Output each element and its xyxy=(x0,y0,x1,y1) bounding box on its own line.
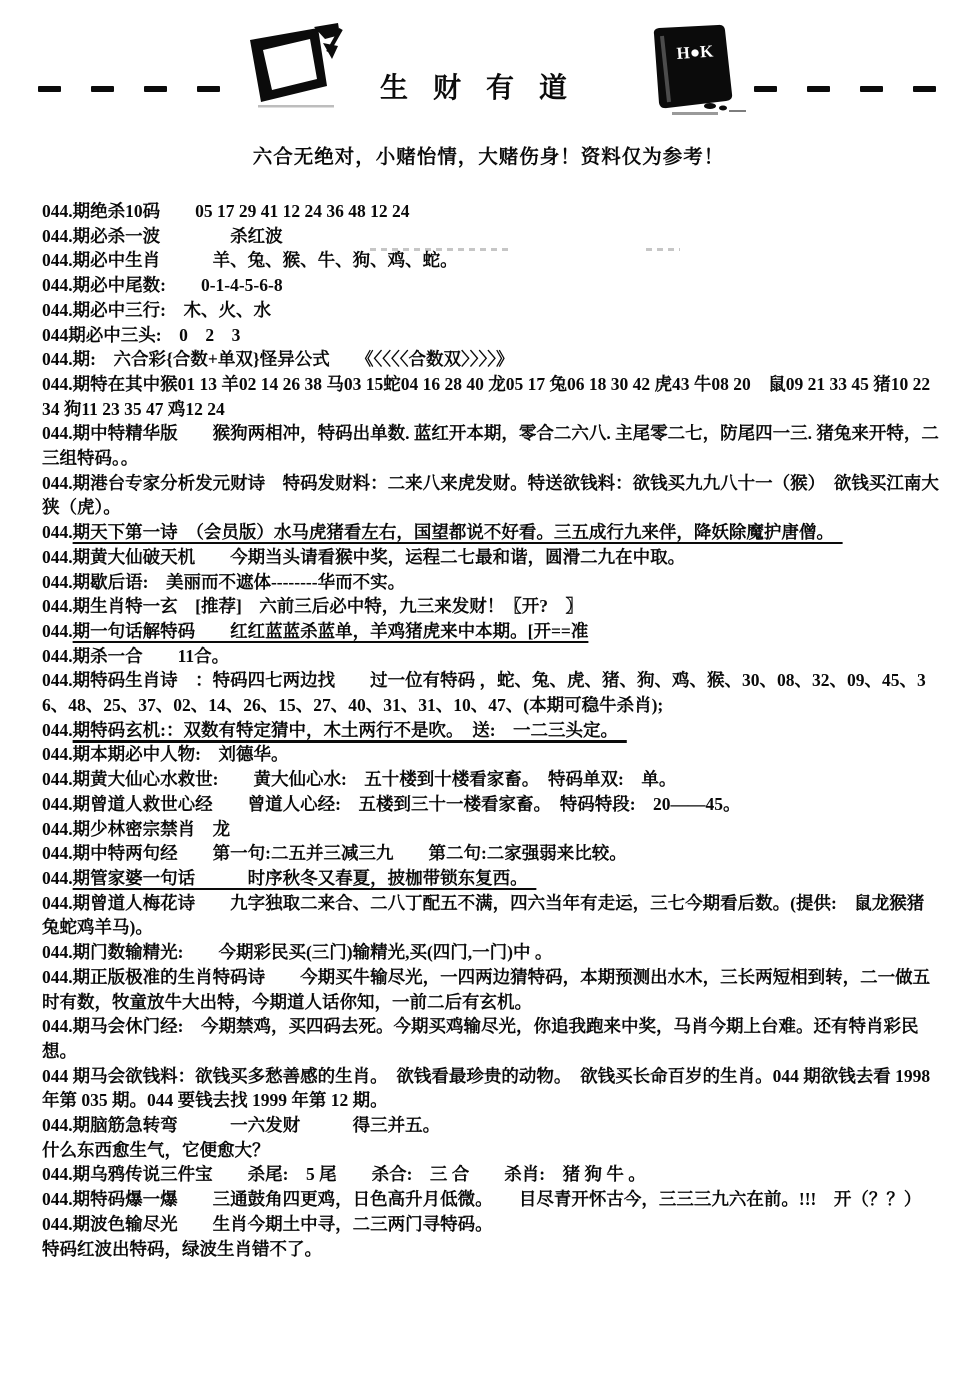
tip-line-text: 044.期脑筋急转弯 一六发财 得三并五。 xyxy=(42,1115,440,1135)
tip-line-text: 044.期: 六合彩{合数+单双}怪异公式 《〈〈〈〈合数双〉〉〉〉》 xyxy=(42,349,513,369)
tip-line-text: 期管家婆一句话 时序秋冬又春夏，披枷带锁东复西。 xyxy=(73,868,537,888)
tip-line-text: 044.期生肖特一玄 [推荐] 六前三后必中特，九三来发财！〖开? 〗 xyxy=(42,596,583,616)
tip-line: 044.期黄大仙心水救世: 黄大仙心水: 五十楼到十楼看家畜。 特码单双: 单。 xyxy=(42,767,941,792)
dash xyxy=(197,86,220,92)
dash xyxy=(144,86,167,92)
tip-line: 044.期生肖特一玄 [推荐] 六前三后必中特，九三来发财！〖开? 〗 xyxy=(42,594,941,619)
tip-line: 044.期管家婆一句话 时序秋冬又春夏，披枷带锁东复西。 xyxy=(42,866,941,891)
tip-line: 044.期绝杀10码 05 17 29 41 12 24 36 48 12 24 xyxy=(42,199,941,224)
tip-line: 044.期中特精华版 猴狗两相冲，特码出单数. 蓝红开本期，零合二六八. 主尾零… xyxy=(42,421,941,470)
tip-line: 什么东西愈生气，它便愈大？ xyxy=(42,1138,941,1163)
tip-line: 044.期特码玄机:：双数有特定猜中，木土两行不是吹。 送: 一二三头定。 xyxy=(42,718,941,743)
tip-line-text: 期一句话解特码 红红蓝蓝杀蓝单，羊鸡猪虎来中本期。[开==准 xyxy=(73,621,589,641)
tip-line-prefix: 044. xyxy=(42,621,73,641)
tip-line-text: 044.期中特精华版 猴狗两相冲，特码出单数. 蓝红开本期，零合二六八. 主尾零… xyxy=(42,423,939,468)
tip-line: 044.期本期必中人物: 刘德华。 xyxy=(42,742,941,767)
tip-line-text: 044.期绝杀10码 05 17 29 41 12 24 36 48 12 24 xyxy=(42,201,410,221)
scan-artifact xyxy=(370,248,512,251)
tip-line-text: 044期必中三头: 0 2 3 xyxy=(42,325,240,345)
tip-line: 044 期马会欲钱料：欲钱买多愁善感的生肖。 欲钱看最珍贵的动物。 欲钱买长命百… xyxy=(42,1064,941,1113)
tip-line: 044.期中特两句经 第一句:二五并三减三九 第二句:二家强弱来比较。 xyxy=(42,841,941,866)
board-arrow-icon xyxy=(228,22,348,118)
tip-line-prefix: 044. xyxy=(42,720,73,740)
tip-line: 044.期波色输尽光 生肖今期土中寻，二三两门寻特码。 xyxy=(42,1212,941,1237)
hk-book-icon: H●K xyxy=(630,24,748,118)
tip-line-text: 044.期本期必中人物: 刘德华。 xyxy=(42,744,288,764)
tip-line: 044.期必中尾数: 0-1-4-5-6-8 xyxy=(42,273,941,298)
tip-line: 044.期杀一合 11合。 xyxy=(42,644,941,669)
tip-line-text: 期天下第一诗 （会员版）水马虎猪看左右，国望都说不好看。三五成行九来伴，降妖除魔… xyxy=(73,522,843,542)
tip-line-text: 044.期杀一合 11合。 xyxy=(42,646,229,666)
page-title: 生 财 有 道 xyxy=(380,66,576,106)
tip-line: 044.期正版极准的生肖特码诗 今期买牛输尽光，一四两边猜特码，本期预测出水木，… xyxy=(42,965,941,1014)
dash xyxy=(38,86,61,92)
tips-list: 044.期绝杀10码 05 17 29 41 12 24 36 48 12 24… xyxy=(42,199,941,1261)
tip-line: 044.期必中生肖 羊、兔、猴、牛、狗、鸡、蛇。 xyxy=(42,248,941,273)
dash xyxy=(807,86,830,92)
tip-line: 044.期门数输精光: 今期彩民买(三门)输精光,买(四门,一门)中 。 xyxy=(42,940,941,965)
tip-line-text: 044.期必中三行: 木、火、水 xyxy=(42,300,271,320)
tip-line: 044.期歇后语: 美丽而不遮体--------华而不实。 xyxy=(42,570,941,595)
tip-line-text: 044.期必中生肖 羊、兔、猴、牛、狗、鸡、蛇。 xyxy=(42,250,458,270)
tip-line-text: 044.期特码爆一爆 三通鼓角四更鸡，日色高升月低微。 目尽青开怀古今，三三三九… xyxy=(42,1189,921,1209)
dash xyxy=(91,86,114,92)
tip-line: 044.期必中三行: 木、火、水 xyxy=(42,298,941,323)
masthead: 生 财 有 道 H●K xyxy=(0,0,977,135)
tip-line: 044期必中三头: 0 2 3 xyxy=(42,323,941,348)
tip-line: 044.期特码生肖诗 ：特码四七两边找 过一位有特码 ，蛇、兔、虎、猪、狗、鸡、… xyxy=(42,668,941,717)
book-cover-label: H●K xyxy=(676,41,715,63)
tip-line: 044.期特在其中猴01 13 羊02 14 26 38 马03 15蛇04 1… xyxy=(42,372,941,421)
tip-line-text: 044.期门数输精光: 今期彩民买(三门)输精光,买(四门,一门)中 。 xyxy=(42,942,552,962)
tip-line-text: 044.期必中尾数: 0-1-4-5-6-8 xyxy=(42,275,283,295)
tip-line-text: 044.期港台专家分析发元财诗 特码发财料：二来八来虎发财。特送欲钱料：欲钱买九… xyxy=(42,473,939,518)
dash xyxy=(860,86,883,92)
tip-line: 044.期必杀一波 杀红波 xyxy=(42,224,941,249)
tip-line: 044.期黄大仙破天机 今期当头请看猴中奖，运程二七最和谐，圆滑二九在中取。 xyxy=(42,545,941,570)
tip-line-text: 044.期必杀一波 杀红波 xyxy=(42,226,283,246)
tip-sheet-page: 生 财 有 道 H●K 六合无绝对，小赌怡情，大赌伤身！资料仅为参考！ 044.… xyxy=(0,0,977,1388)
tip-line: 044.期少林密宗禁肖 龙 xyxy=(42,817,941,842)
tip-line-text: 044.期中特两句经 第一句:二五并三减三九 第二句:二家强弱来比较。 xyxy=(42,843,627,863)
tip-line: 044.期: 六合彩{合数+单双}怪异公式 《〈〈〈〈合数双〉〉〉〉》 xyxy=(42,347,941,372)
left-dashes xyxy=(38,86,220,92)
tip-line-prefix: 044. xyxy=(42,522,73,542)
tip-line: 044.期一句话解特码 红红蓝蓝杀蓝单，羊鸡猪虎来中本期。[开==准 xyxy=(42,619,941,644)
tip-line: 044.期马会休门经: 今期禁鸡，买四码去死。今期买鸡输尽光，你追我跑来中奖，马… xyxy=(42,1014,941,1063)
scan-artifact xyxy=(646,248,680,251)
tip-line-text: 044.期曾道人救世心经 曾道人心经: 五楼到三十一楼看家畜。 特码特段: 20… xyxy=(42,794,741,814)
tip-line-text: 044.期马会休门经: 今期禁鸡，买四码去死。今期买鸡输尽光，你追我跑来中奖，马… xyxy=(42,1016,918,1061)
tip-line-text: 044.期少林密宗禁肖 龙 xyxy=(42,819,230,839)
tip-line: 044.期脑筋急转弯 一六发财 得三并五。 xyxy=(42,1113,941,1138)
tip-line-text: 044.期乌鸦传说三件宝 杀尾: 5 尾 杀合: 三 合 杀肖: 猪 狗 牛 。 xyxy=(42,1164,646,1184)
tip-line-text: 044.期特在其中猴01 13 羊02 14 26 38 马03 15蛇04 1… xyxy=(42,374,930,419)
tip-line: 044.期乌鸦传说三件宝 杀尾: 5 尾 杀合: 三 合 杀肖: 猪 狗 牛 。 xyxy=(42,1162,941,1187)
tip-line-text: 什么东西愈生气，它便愈大？ xyxy=(42,1140,270,1160)
right-dashes xyxy=(754,86,936,92)
tip-line-prefix: 044. xyxy=(42,868,73,888)
tip-line-text: 特码红波出特码，绿波生肖错不了。 xyxy=(42,1239,322,1259)
tip-line-text: 044.期黄大仙心水救世: 黄大仙心水: 五十楼到十楼看家畜。 特码单双: 单。 xyxy=(42,769,676,789)
tip-line: 044.期特码爆一爆 三通鼓角四更鸡，日色高升月低微。 目尽青开怀古今，三三三九… xyxy=(42,1187,941,1212)
disclaimer: 六合无绝对，小赌怡情，大赌伤身！资料仅为参考！ xyxy=(0,141,977,169)
tip-line-text: 044.期波色输尽光 生肖今期土中寻，二三两门寻特码。 xyxy=(42,1214,493,1234)
tip-line-text: 044 期马会欲钱料：欲钱买多愁善感的生肖。 欲钱看最珍贵的动物。 欲钱买长命百… xyxy=(42,1066,930,1111)
dash xyxy=(913,86,936,92)
tip-line: 044.期曾道人梅花诗 九字独取二来合、二八丁配五不满，四六当年有走运，三七今期… xyxy=(42,891,941,940)
tip-line: 044.期曾道人救世心经 曾道人心经: 五楼到三十一楼看家畜。 特码特段: 20… xyxy=(42,792,941,817)
dash xyxy=(754,86,777,92)
tip-line-text: 044.期歇后语: 美丽而不遮体--------华而不实。 xyxy=(42,572,405,592)
tip-line-text: 044.期黄大仙破天机 今期当头请看猴中奖，运程二七最和谐，圆滑二九在中取。 xyxy=(42,547,685,567)
tip-line-text: 044.期特码生肖诗 ：特码四七两边找 过一位有特码 ，蛇、兔、虎、猪、狗、鸡、… xyxy=(42,670,926,715)
tip-line: 044.期港台专家分析发元财诗 特码发财料：二来八来虎发财。特送欲钱料：欲钱买九… xyxy=(42,471,941,520)
tip-line: 特码红波出特码，绿波生肖错不了。 xyxy=(42,1237,941,1262)
tip-line-text: 044.期曾道人梅花诗 九字独取二来合、二八丁配五不满，四六当年有走运，三七今期… xyxy=(42,893,924,938)
tip-line-text: 044.期正版极准的生肖特码诗 今期买牛输尽光，一四两边猜特码，本期预测出水木，… xyxy=(42,967,930,1012)
tip-line: 044.期天下第一诗 （会员版）水马虎猪看左右，国望都说不好看。三五成行九来伴，… xyxy=(42,520,941,545)
tip-line-text: 期特码玄机:：双数有特定猜中，木土两行不是吹。 送: 一二三头定。 xyxy=(73,720,627,740)
